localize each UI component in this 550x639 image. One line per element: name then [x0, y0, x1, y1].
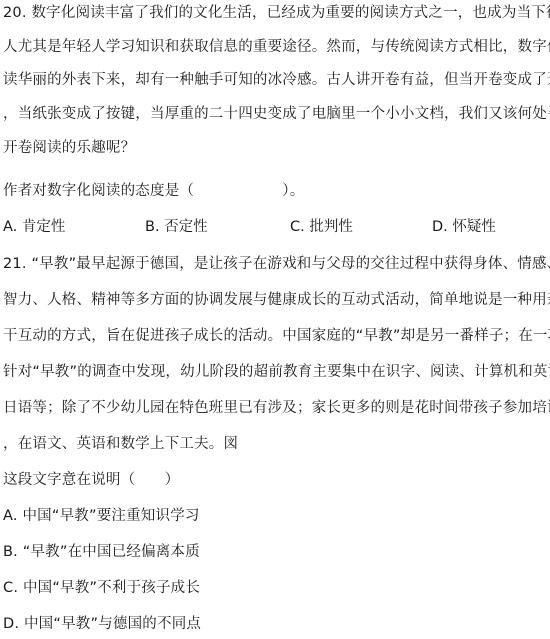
q21-question: 这段文字意在说明（ ） — [3, 471, 179, 489]
q21-text-line: 智力、人格、精神等多方面的协调发展与健康成长的互动式活动，简单地说是一种用亲子 — [3, 291, 550, 309]
q20-option-d[interactable]: D. 怀疑性 — [432, 218, 496, 236]
q21-option-d[interactable]: D. 中国“早教”与德国的不同点 — [3, 615, 201, 633]
q20-option-b[interactable]: B. 否定性 — [145, 218, 208, 236]
q21-text-line: ，在语文、英语和数学上下工夫。図 — [3, 435, 238, 453]
q20-text-line: ，当纸张变成了按键，当厚重的二十四史变成了电脑里一个小小文档，我们又该何处寻找 — [3, 105, 550, 123]
q20-option-c[interactable]: C. 批判性 — [290, 218, 353, 236]
q20-text-line: 读华丽的外表下来，却有一种触手可知的冰冷感。古人讲开卷有益，但当开卷变成了开机 — [3, 71, 550, 89]
q21-text-line: 日语等；除了不少幼儿园在特色班里已有涉及；家长更多的则是花时间带孩子参加培训班 — [3, 399, 550, 417]
q20-text-line: 人尤其是年轻人学习知识和获取信息的重要途径。然而，与传统阅读方式相比，数字化阅 — [3, 38, 550, 56]
q20-text-line: 开卷阅读的乐趣呢？ — [3, 139, 135, 157]
q21-text-line: 21. “早教”最早起源于德国，是让孩子在游戏和与父母的交往过程中获得身体、情感… — [3, 255, 550, 273]
q21-option-b[interactable]: B. “早教”在中国已经偏离本质 — [3, 543, 200, 561]
q21-text-line: 针对“早教”的调查中发现，幼儿阶段的超前教育主要集中在识字、阅读、计算机和英语 — [3, 363, 550, 381]
q20-text-line: 20. 数字化阅读丰富了我们的文化生活，已经成为重要的阅读方式之一，也成为当下很… — [3, 4, 550, 22]
q20-question: 作者对数字化阅读的态度是（ ）。 — [3, 182, 304, 200]
q20-option-a[interactable]: A. 肯定性 — [3, 218, 65, 236]
q21-text-line: 干互动的方式，旨在促进孩子成长的活动。中国家庭的“早教”却是另一番样子；在一项 — [3, 327, 550, 345]
q21-option-a[interactable]: A. 中国“早教”要注重知识学习 — [3, 507, 200, 525]
q21-option-c[interactable]: C. 中国“早教”不利于孩子成长 — [3, 579, 200, 597]
